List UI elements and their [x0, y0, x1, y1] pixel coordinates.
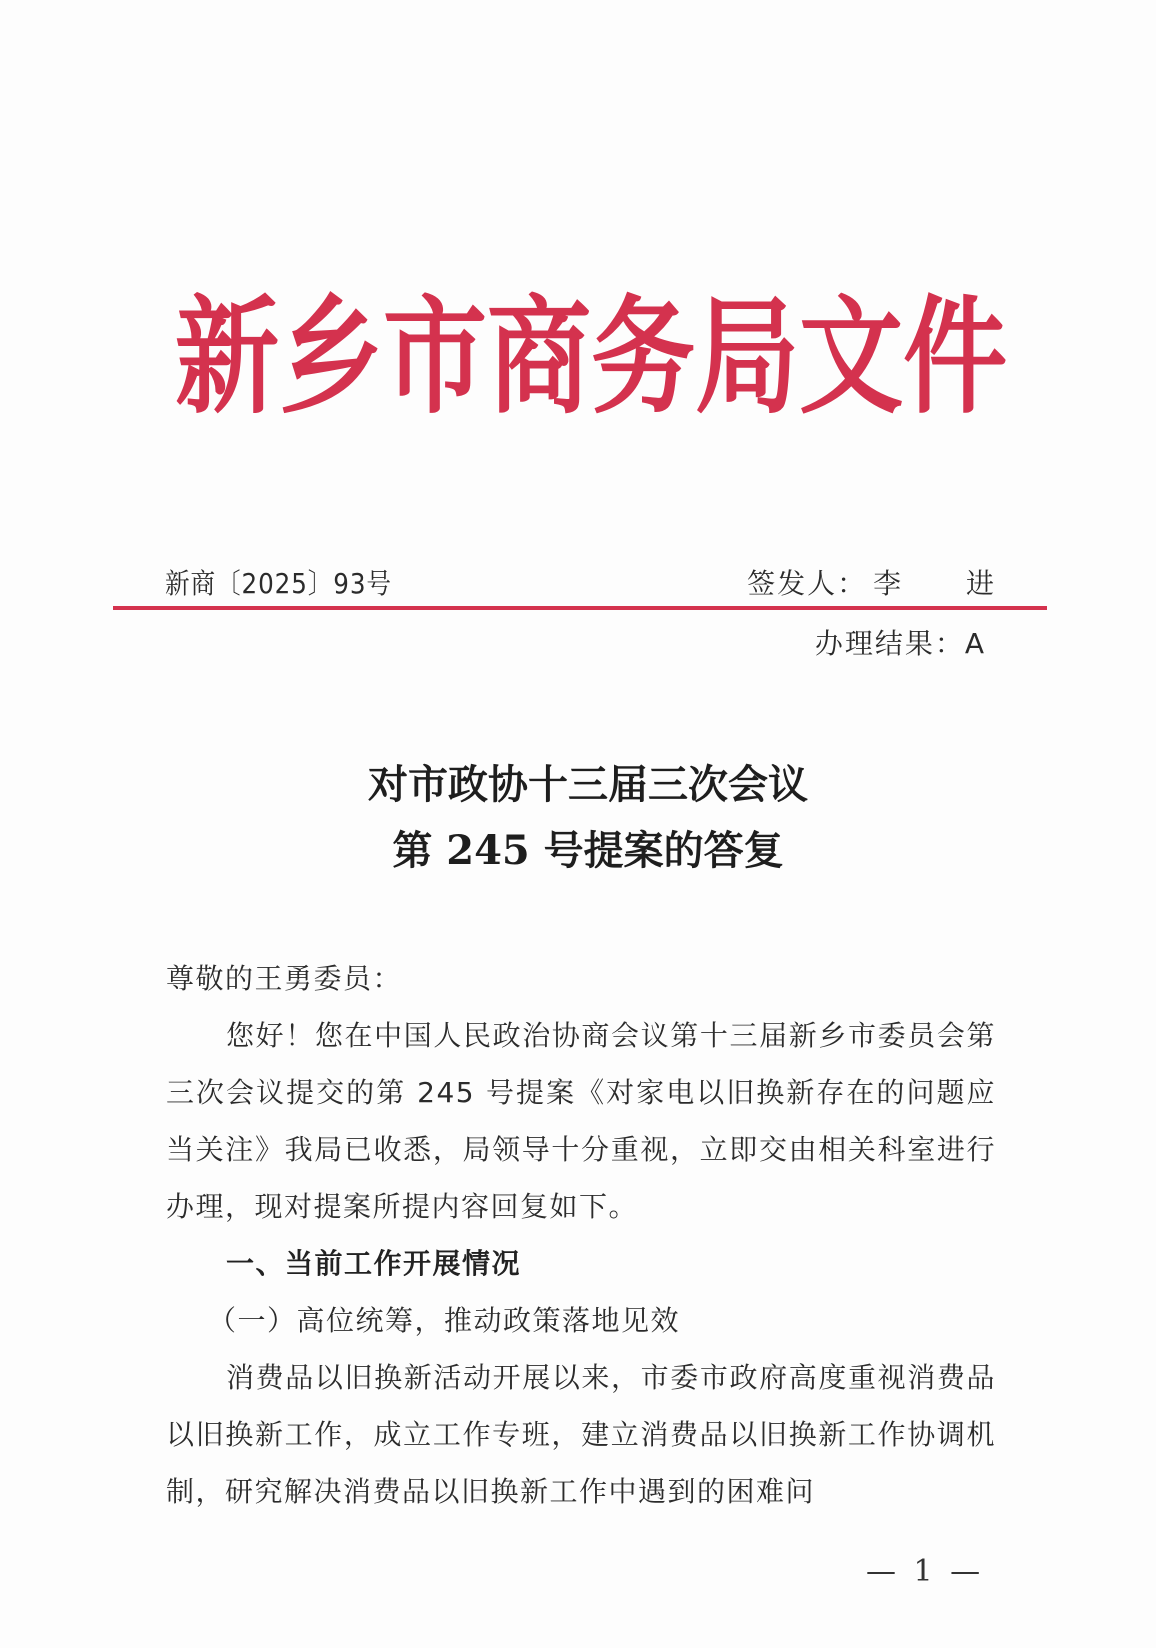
masthead-char: 件 [903, 278, 1007, 437]
title-line-1: 对市政协十三届三次会议 [20, 752, 1156, 818]
section-heading: 一、当前工作开展情况 [166, 1235, 996, 1292]
masthead-char: 文 [799, 278, 903, 437]
intro-paragraph: 您好！您在中国人民政治协商会议第十三届新乡市委员会第三次会议提交的第 245 号… [166, 1007, 996, 1235]
masthead-char: 商 [487, 278, 591, 437]
signer-name: 李 进 [873, 566, 1022, 602]
handling-result: 办理结果：A [815, 626, 986, 662]
document-page: 新 乡 市 商 务 局 文 件 新商〔2025〕93号 签发人： 李 进 办理结… [0, 0, 1156, 1648]
red-divider-rule [113, 606, 1047, 610]
page-number: — 1 — [866, 1552, 984, 1592]
document-title: 对市政协十三届三次会议 第 245 号提案的答复 [0, 752, 1156, 884]
masthead-char: 新 [175, 278, 279, 437]
masthead-char: 乡 [279, 278, 383, 437]
subsection-heading: （一）高位统筹，推动政策落地见效 [166, 1292, 996, 1349]
masthead-char: 务 [591, 278, 695, 437]
title-line-2: 第 245 号提案的答复 [20, 818, 1156, 884]
masthead-char: 市 [383, 278, 487, 437]
document-body: 尊敬的王勇委员： 您好！您在中国人民政治协商会议第十三届新乡市委员会第三次会议提… [166, 950, 996, 1520]
document-number: 新商〔2025〕93号 [165, 566, 392, 602]
body-paragraph: 消费品以旧换新活动开展以来，市委市政府高度重视消费品以旧换新工作，成立工作专班，… [166, 1349, 996, 1520]
masthead-char: 局 [695, 278, 799, 437]
salutation: 尊敬的王勇委员： [166, 950, 996, 1007]
signer-label: 签发人： [747, 566, 867, 602]
masthead-title: 新 乡 市 商 务 局 文 件 [175, 292, 995, 422]
signer: 签发人： 李 进 [747, 566, 994, 602]
